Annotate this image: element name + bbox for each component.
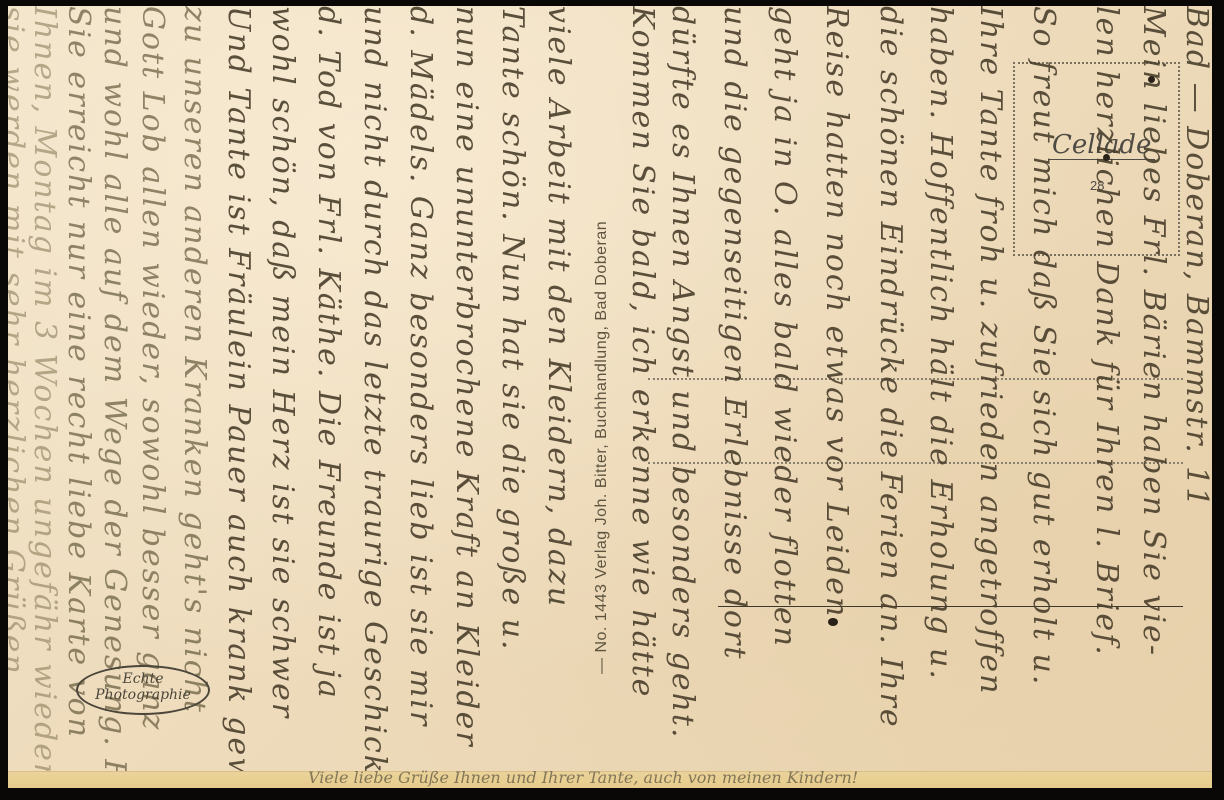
ink-blot bbox=[828, 618, 838, 626]
handwriting-line-12: Kommen Sie bald, ich erkenne wie hätte bbox=[622, 6, 662, 788]
handwriting-line-15: nun eine ununterbrochene Kraft an Kleide… bbox=[446, 6, 486, 788]
handwriting-line-1: Bad — Doberan, Bammstr. 11 bbox=[1176, 6, 1212, 788]
handwriting-line-10: und die gegenseitigen Erlebnisse dort bbox=[714, 6, 754, 788]
stamp-text-line-2: Photographie bbox=[78, 687, 208, 703]
publisher-imprint: — No. 1443 Verlag Joh. Bitter, Buchhandl… bbox=[593, 114, 611, 674]
handwriting-line-18: d. Tod von Frl. Käthe. Die Freunde ist j… bbox=[308, 6, 348, 788]
handwriting-line-6: haben. Hoffentlich hält die Erholung u. bbox=[920, 6, 960, 788]
handwriting-line-14: Tante schön. Nun hat sie die große u. bbox=[492, 6, 532, 788]
handwriting-line-19: wohl schön, daß mein Herz ist sie schwer bbox=[262, 6, 302, 788]
bottom-handwritten-line: Viele liebe Grüße Ihnen und Ihrer Tante,… bbox=[308, 768, 858, 787]
handwriting-line-4: So freut mich daß Sie sich gut erholt u. bbox=[1023, 6, 1063, 788]
stamp-text-line-1: Echte bbox=[78, 671, 208, 687]
handwriting-line-5: Ihre Tante froh u. zufrieden angetroffen bbox=[970, 6, 1010, 788]
handwriting-line-17: und nicht durch das letzte traurige Gesc… bbox=[354, 6, 394, 788]
handwriting-line-8: Reise hatten noch etwas vor Leiden bbox=[816, 6, 856, 788]
handwriting-line-11: dürfte es Ihnen Angst und besonders geht… bbox=[662, 6, 702, 788]
handwriting-line-3: len herzlichen Dank für Ihren l. Brief. bbox=[1086, 6, 1126, 788]
ink-dot bbox=[1103, 154, 1110, 161]
handwriting-line-26: sie werden mit sehr herzlichen Grüßen bbox=[8, 6, 32, 788]
handwriting-line-13: viele Arbeit mit den Kleidern, dazu bbox=[538, 6, 578, 788]
handwriting-line-7: die schönen Eindrücke die Ferien an. Ihr… bbox=[870, 6, 910, 788]
echte-photographie-stamp: Echte Photographie bbox=[76, 665, 210, 715]
handwriting-line-9: geht ja in O. alles bald wieder flotten bbox=[764, 6, 804, 788]
handwriting-line-16: d. Mädels. Ganz besonders lieb ist sie m… bbox=[400, 6, 440, 788]
postcard-back: Cellade 28 — No. 1443 Verlag Joh. Bitter… bbox=[8, 6, 1212, 788]
handwriting-line-20: Und Tante ist Fräulein Pauer auch krank … bbox=[218, 6, 258, 788]
handwriting-line-2: Mein liebes Frl. Bärien haben Sie vie- bbox=[1133, 6, 1173, 788]
ink-dot bbox=[1148, 76, 1155, 83]
